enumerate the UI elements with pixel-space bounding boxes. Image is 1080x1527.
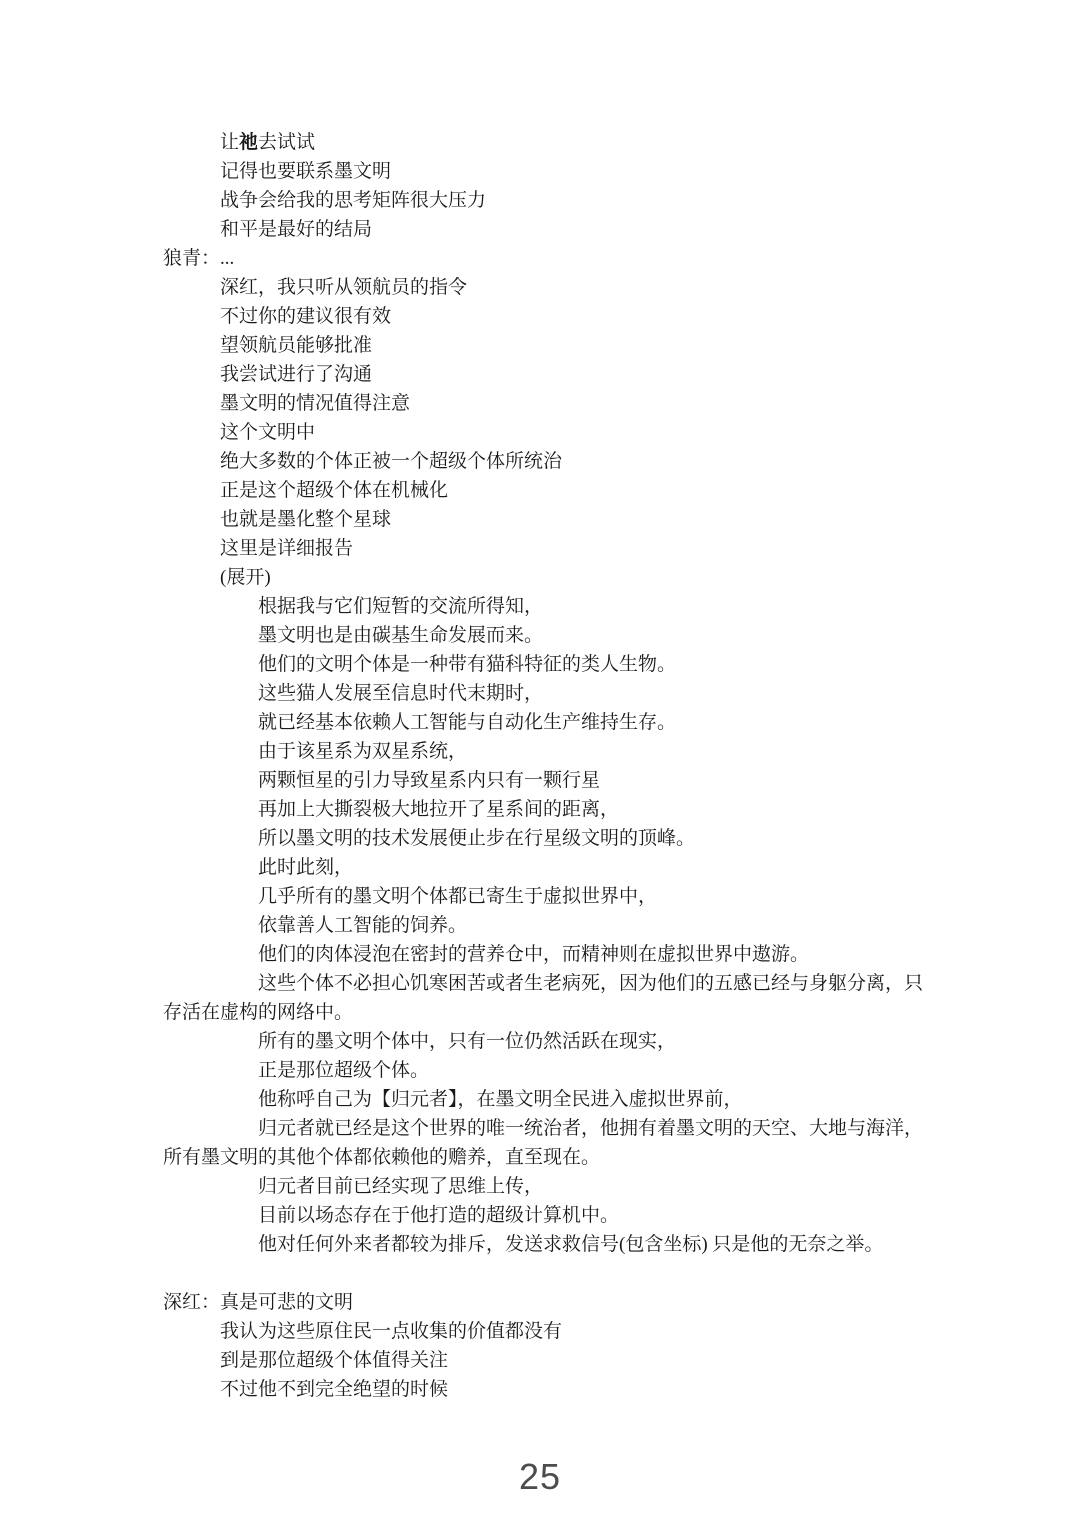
line-text: 根据我与它们短暂的交流所得知，: [258, 596, 543, 617]
line-text: 战争会给我的思考矩阵很大压力: [220, 190, 486, 211]
line-text: 不过你的建议很有效: [220, 306, 391, 327]
script-line: 记得也要联系墨文明: [0, 157, 1080, 186]
line-text: 再加上大撕裂极大地拉开了星系间的距离，: [258, 799, 619, 820]
script-line: 这个文明中: [0, 418, 1080, 447]
line-text: 他们的肉体浸泡在密封的营养仓中，而精神则在虚拟世界中遨游。: [258, 944, 809, 965]
script-line: 由于该星系为双星系统，: [0, 737, 1080, 766]
script-line: 根据我与它们短暂的交流所得知，: [0, 592, 1080, 621]
script-line: 和平是最好的结局: [0, 215, 1080, 244]
script-line: 他对任何外来者都较为排斥，发送求救信号(包含坐标) 只是他的无奈之举。: [0, 1230, 1080, 1259]
script-line: 几乎所有的墨文明个体都已寄生于虚拟世界中，: [0, 882, 1080, 911]
line-text: 此时此刻，: [258, 857, 353, 878]
script-line: 正是那位超级个体。: [0, 1056, 1080, 1085]
line-text: 这些个体不必担心饥寒困苦或者生老病死，因为他们的五感已经与身躯分离，只: [258, 973, 923, 994]
script-line: 望领航员能够批准: [0, 331, 1080, 360]
script-line: 所以墨文明的技术发展便止步在行星级文明的顶峰。: [0, 824, 1080, 853]
script-line: 依靠善人工智能的饲养。: [0, 911, 1080, 940]
script-line: 让祂去试试: [0, 128, 1080, 157]
script-line: 战争会给我的思考矩阵很大压力: [0, 186, 1080, 215]
line-text: 墨文明也是由碳基生命发展而来。: [258, 625, 543, 646]
line-text: 他们的文明个体是一种带有猫科特征的类人生物。: [258, 654, 676, 675]
script-line: 我认为这些原住民一点收集的价值都没有: [0, 1317, 1080, 1346]
line-text: 他对任何外来者都较为排斥，发送求救信号(包含坐标) 只是他的无奈之举。: [258, 1234, 883, 1255]
line-text: 到是那位超级个体值得关注: [220, 1350, 448, 1371]
line-text: 两颗恒星的引力导致星系内只有一颗行星: [258, 770, 600, 791]
line-text: 和平是最好的结局: [220, 219, 372, 240]
line-text: 所有墨文明的其他个体都依赖他的赡养，直至现在。: [163, 1147, 600, 1168]
script-line: 墨文明的情况值得注意: [0, 389, 1080, 418]
speaker-name: 深红：: [163, 1292, 220, 1313]
line-text: 这个文明中: [220, 422, 315, 443]
script-line: 他称呼自己为【归元者】，在墨文明全民进入虚拟世界前，: [0, 1085, 1080, 1114]
line-text: 我认为这些原住民一点收集的价值都没有: [220, 1321, 562, 1342]
blank-line: [0, 1259, 1080, 1288]
line-text: 这里是详细报告: [220, 538, 353, 559]
line-text: 正是这个超级个体在机械化: [220, 480, 448, 501]
script-line: 绝大多数的个体正被一个超级个体所统治: [0, 447, 1080, 476]
script-line: 不过你的建议很有效: [0, 302, 1080, 331]
script-line: 墨文明也是由碳基生命发展而来。: [0, 621, 1080, 650]
line-text: 不过他不到完全绝望的时候: [220, 1379, 448, 1400]
line-text: 所有的墨文明个体中，只有一位仍然活跃在现实，: [258, 1031, 676, 1052]
script-line: 两颗恒星的引力导致星系内只有一颗行星: [0, 766, 1080, 795]
line-text: 我尝试进行了沟通: [220, 364, 372, 385]
line-text: 望领航员能够批准: [220, 335, 372, 356]
line-text: 记得也要联系墨文明: [220, 161, 391, 182]
script-line: 就已经基本依赖人工智能与自动化生产维持生存。: [0, 708, 1080, 737]
speaker-line: 深红：真是可悲的文明: [0, 1288, 1080, 1317]
line-text: 依靠善人工智能的饲养。: [258, 915, 467, 936]
line-text: 这些猫人发展至信息时代末期时，: [258, 683, 543, 704]
script-line: 他们的肉体浸泡在密封的营养仓中，而精神则在虚拟世界中遨游。: [0, 940, 1080, 969]
script-line: 所有的墨文明个体中，只有一位仍然活跃在现实，: [0, 1027, 1080, 1056]
script-line: 到是那位超级个体值得关注: [0, 1346, 1080, 1375]
line-text: 让: [220, 132, 239, 153]
line-text: 也就是墨化整个星球: [220, 509, 391, 530]
script-line: 此时此刻，: [0, 853, 1080, 882]
page-number: 25: [0, 1456, 1080, 1498]
script-line: 也就是墨化整个星球: [0, 505, 1080, 534]
line-text: 正是那位超级个体。: [258, 1060, 429, 1081]
speaker-line: 狼青：...: [0, 244, 1080, 273]
line-text: 存活在虚构的网络中。: [163, 1002, 353, 1023]
line-text: 几乎所有的墨文明个体都已寄生于虚拟世界中，: [258, 886, 657, 907]
script-line: 这里是详细报告: [0, 534, 1080, 563]
line-text: 他称呼自己为【归元者】，在墨文明全民进入虚拟世界前，: [258, 1089, 743, 1110]
script-line: 这些个体不必担心饥寒困苦或者生老病死，因为他们的五感已经与身躯分离，只: [0, 969, 1080, 998]
line-text: 所以墨文明的技术发展便止步在行星级文明的顶峰。: [258, 828, 695, 849]
script-line: 归元者目前已经实现了思维上传，: [0, 1172, 1080, 1201]
script-line: 深红，我只听从领航员的指令: [0, 273, 1080, 302]
line-text: 由于该星系为双星系统，: [258, 741, 467, 762]
line-text: 墨文明的情况值得注意: [220, 393, 410, 414]
script-line: 目前以场态存在于他打造的超级计算机中。: [0, 1201, 1080, 1230]
script-text-block: 让祂去试试记得也要联系墨文明战争会给我的思考矩阵很大压力和平是最好的结局狼青：.…: [0, 0, 1080, 1404]
script-line: 我尝试进行了沟通: [0, 360, 1080, 389]
script-line: 存活在虚构的网络中。: [0, 998, 1080, 1027]
line-text: 归元者就已经是这个世界的唯一统治者，他拥有着墨文明的天空、大地与海洋，: [258, 1118, 923, 1139]
line-text: 就已经基本依赖人工智能与自动化生产维持生存。: [258, 712, 676, 733]
line-text: 目前以场态存在于他打造的超级计算机中。: [258, 1205, 619, 1226]
script-line: 正是这个超级个体在机械化: [0, 476, 1080, 505]
speaker-text: 真是可悲的文明: [220, 1292, 353, 1313]
script-line: 他们的文明个体是一种带有猫科特征的类人生物。: [0, 650, 1080, 679]
script-line: (展开): [0, 563, 1080, 592]
script-line: 不过他不到完全绝望的时候: [0, 1375, 1080, 1404]
line-text: 绝大多数的个体正被一个超级个体所统治: [220, 451, 562, 472]
document-page: 让祂去试试记得也要联系墨文明战争会给我的思考矩阵很大压力和平是最好的结局狼青：.…: [0, 0, 1080, 1527]
line-text: 归元者目前已经实现了思维上传，: [258, 1176, 543, 1197]
script-line: 再加上大撕裂极大地拉开了星系间的距离，: [0, 795, 1080, 824]
emphasized-character: 祂: [239, 132, 258, 153]
speaker-text: ...: [220, 248, 234, 269]
script-line: 所有墨文明的其他个体都依赖他的赡养，直至现在。: [0, 1143, 1080, 1172]
line-text: 深红，我只听从领航员的指令: [220, 277, 467, 298]
speaker-name: 狼青：: [163, 248, 220, 269]
line-text: (展开): [220, 567, 271, 588]
script-line: 归元者就已经是这个世界的唯一统治者，他拥有着墨文明的天空、大地与海洋，: [0, 1114, 1080, 1143]
script-line: 这些猫人发展至信息时代末期时，: [0, 679, 1080, 708]
line-text: 去试试: [258, 132, 315, 153]
